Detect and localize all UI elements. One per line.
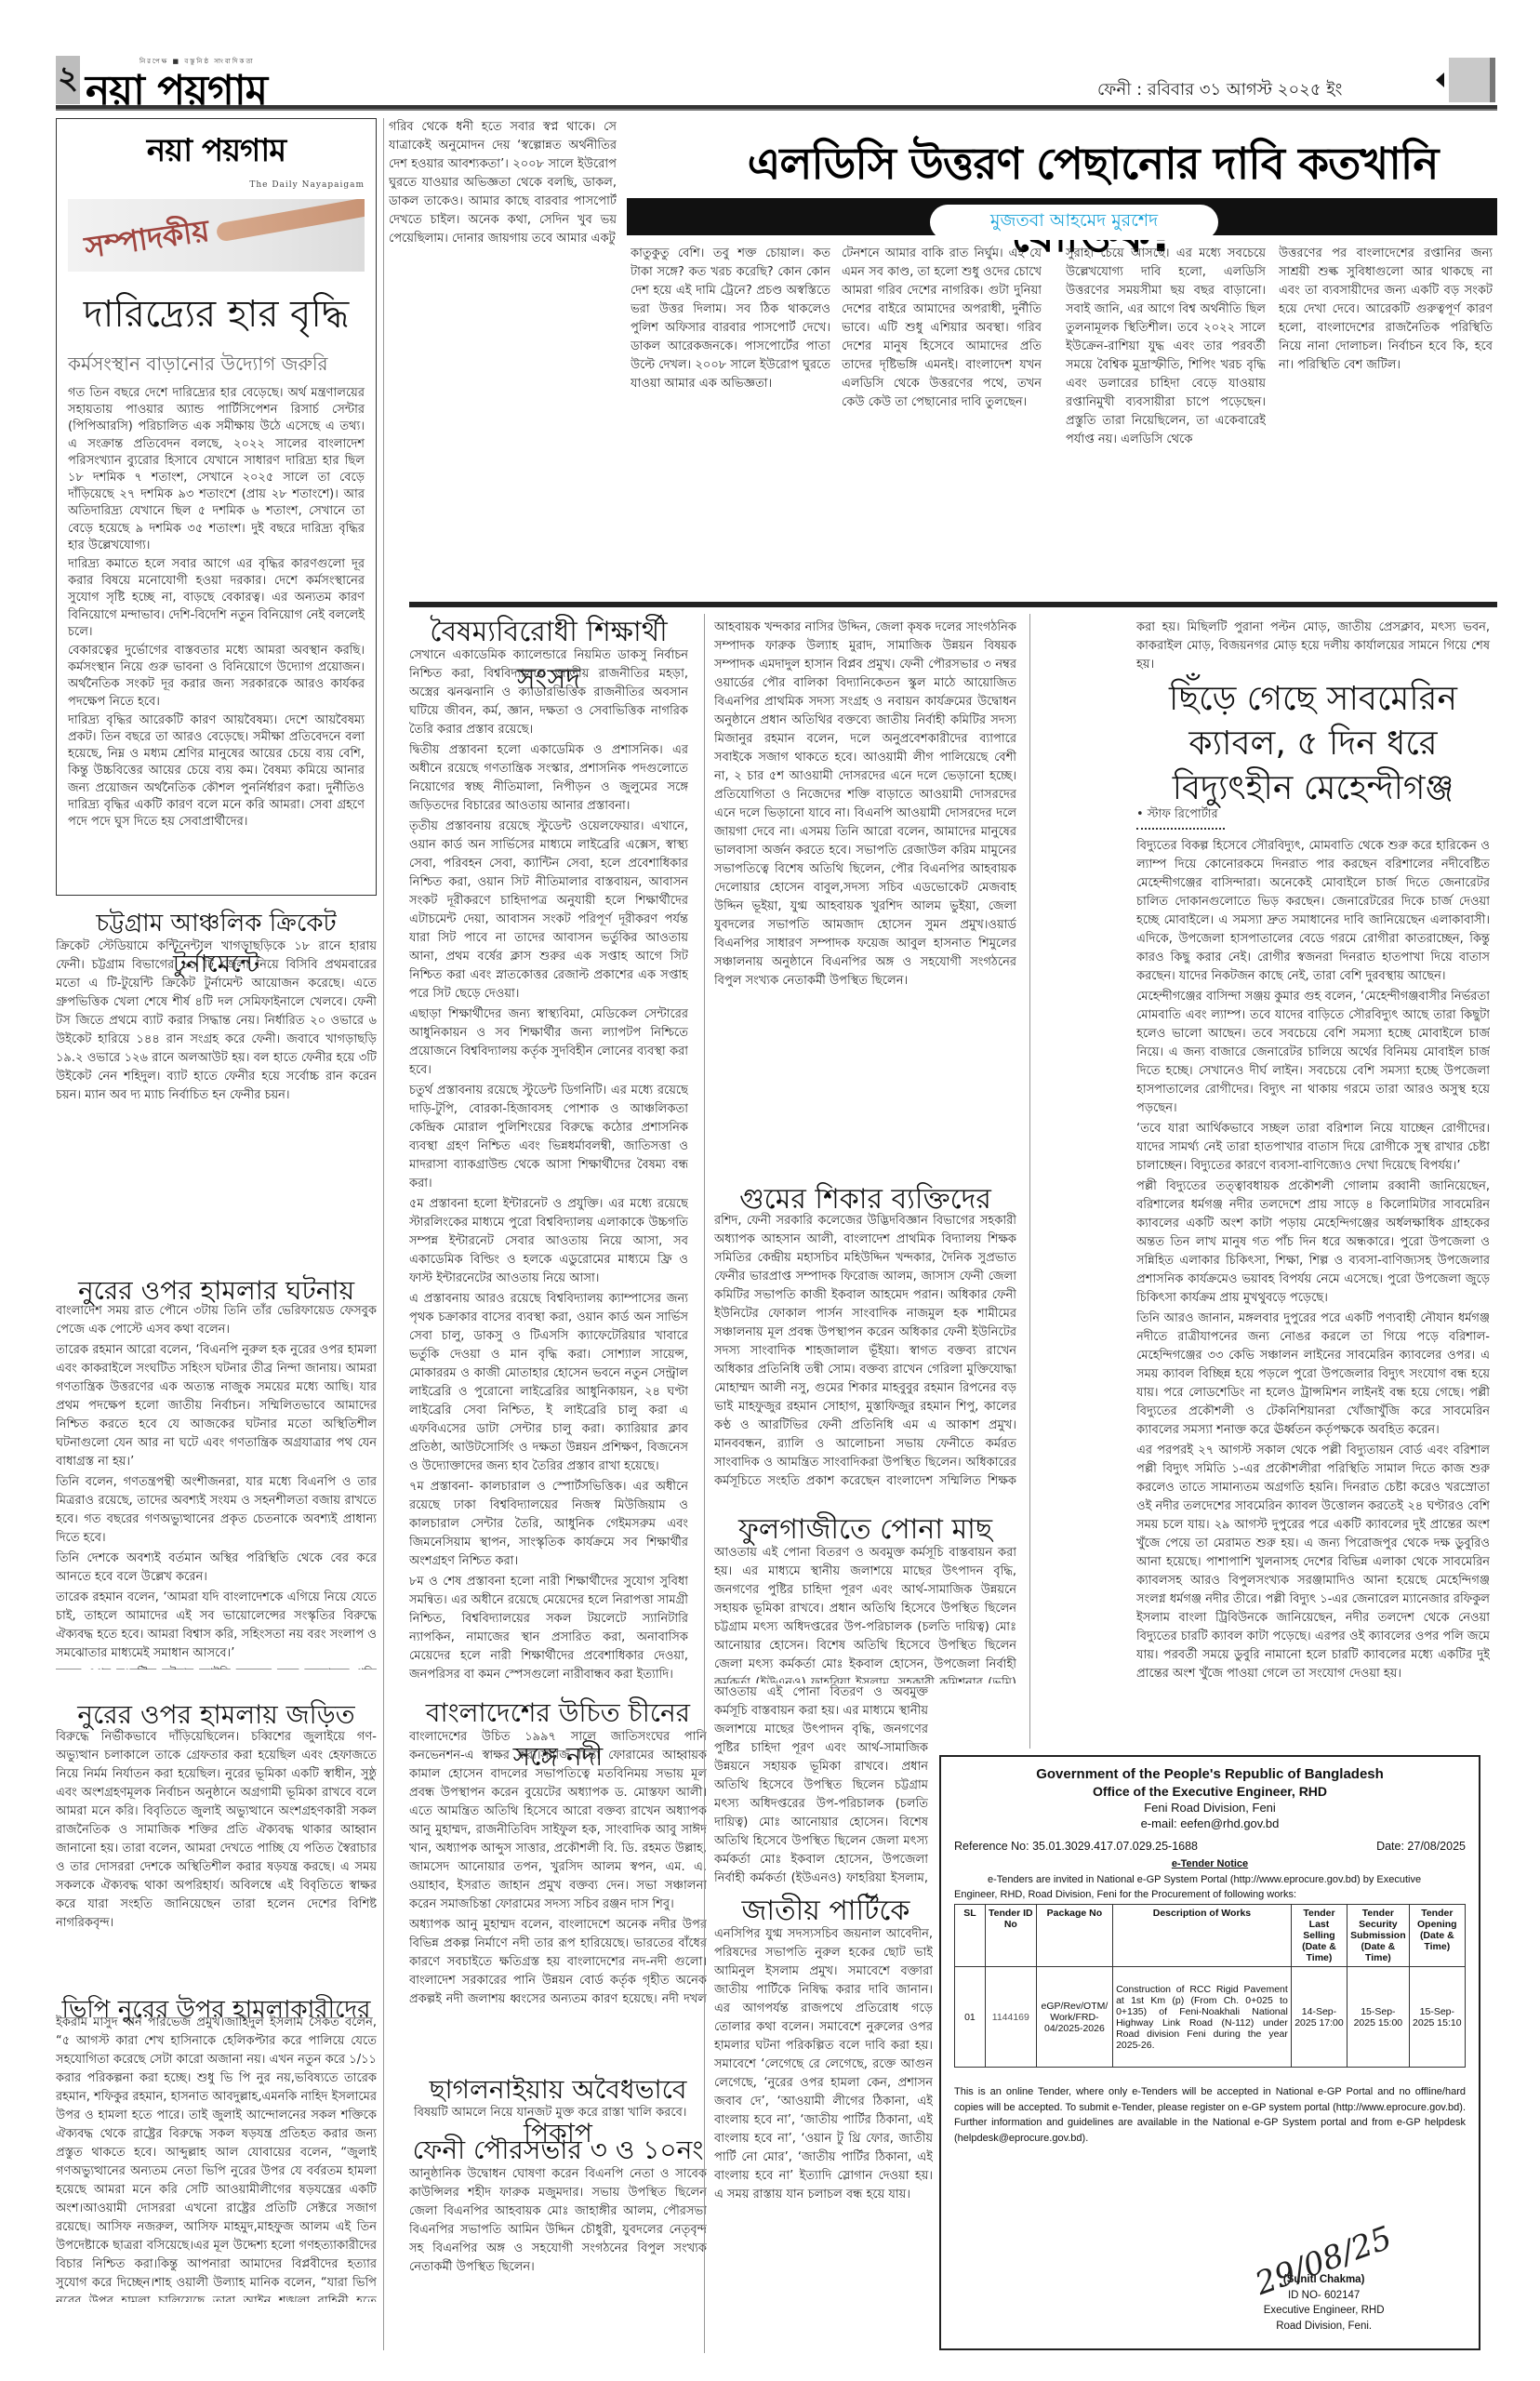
fish-body: আওতায় এই পোনা বিতরণ ও অবমুক্ত কর্মসূচি … (714, 1544, 1016, 1683)
paragraph: বিদ্যুতের বিকল্প হিসেবে সৌরবিদ্যুৎ, মোমব… (1136, 837, 1490, 986)
paragraph: বাংলাদেশ সময় রাত পৌনে ৩টায় তিনি তাঁর ভ… (56, 1302, 377, 1339)
lead-column-2: টেনশনে আমার বাকি রাত নির্ঘুম। এই যে এমন … (842, 245, 1042, 593)
cricket-body: ক্রিকেট স্টেডিয়ামে কন্টিনেন্টাল খাগড়াছ… (56, 938, 377, 1268)
paragraph: নুরের ওপর সংঘটিত ঘটনার আইনি তদন্তের জন্য… (56, 1665, 377, 1669)
page-nav-arrow-icon[interactable] (1449, 58, 1495, 102)
vp-nur-body: ইকরাম মাসুদ খান পারভেজ প্রমুখ।জাহিদুল ইস… (56, 2014, 377, 2302)
column-divider (383, 118, 384, 2350)
cell-security: 15-Sep- 2025 15:00 (1347, 1967, 1410, 2068)
nur-involved-body: বিরুদ্ধে নির্ভীকভাবে দাঁড়িয়েছিলেন। চব্… (56, 1728, 377, 1989)
col-header-package: Package No (1036, 1905, 1112, 1967)
submarine-intro: করা হয়। মিছিলটি পুরানা পল্টন মোড়, জাতী… (1136, 619, 1490, 674)
editorial-paragraph: দারিদ্র্য কমাতে হলে সবার আগে এর বৃদ্ধির … (68, 556, 365, 641)
nur-attack-body: বাংলাদেশ সময় রাত পৌনে ৩টায় তিনি তাঁর ভ… (56, 1302, 377, 1669)
gum-body: রশিদ, ফেনী সরকারি কলেজের উদ্ভিদবিজ্ঞান ব… (714, 1212, 1016, 1491)
col-header-opening: Tender Opening (Date & Time) (1409, 1905, 1465, 1967)
pourashava-body: আনুষ্ঠানিক উদ্বোধন ঘোষণা করেন বিএনপি নেত… (409, 2165, 707, 2351)
submarine-headline[interactable]: ছিঁড়ে গেছে সাবমেরিন ক্যাবল, ৫ দিন ধরে ব… (1136, 677, 1490, 811)
dotted-divider (1136, 826, 1225, 830)
cell-last-selling: 14-Sep- 2025 17:00 (1291, 1967, 1347, 2068)
lead-column-4: উত্তরণের পর বাংলাদেশের রপ্তানির জন্য সাশ… (1279, 245, 1493, 593)
tender-division: Feni Road Division, Feni (954, 1801, 1466, 1815)
pickup-body: বিষয়টি আমলে নিয়ে যানজট মুক্ত করে রাস্ত… (414, 2104, 711, 2122)
fish-body-continued: আওতায় এই পোনা বিতরণ ও অবমুক্ত কর্মসূচি … (714, 1683, 928, 1888)
paragraph: পল্লী বিদ্যুতের তত্ত্বাবধায়ক প্রকৌশলী গ… (1136, 1177, 1490, 1308)
bnp-program-body: আহবায়ক খন্দকার নাসির উদ্দিন, জেলা কৃষক … (714, 619, 1016, 1163)
editorial-box: নয়া পয়গাম The Daily Nayapaigam সম্পাদক… (56, 118, 377, 896)
paragraph: ৮ম ও শেষ প্রস্তাবনা হলো নারী শিক্ষার্থীদ… (409, 1573, 688, 1684)
col-header-security: Tender Security Submission (Date & Time) (1347, 1905, 1410, 1967)
paragraph: তিনি আরও জানান, মঙ্গলবার দুপুরের পরে একট… (1136, 1310, 1490, 1440)
col-header-tender-id: Tender ID No (985, 1905, 1036, 1967)
page-number: ২ (56, 56, 80, 104)
editorial-logo-english: The Daily Nayapaigam (68, 180, 365, 190)
column-divider (1029, 614, 1030, 1749)
signatory-title: Executive Engineer, RHD (1253, 2303, 1395, 2319)
tender-date: Date: 27/08/2025 (1376, 1840, 1466, 1853)
editorial-banner-image: সম্পাদকীয় (68, 199, 365, 272)
tender-table: SL Tender ID No Package No Description o… (954, 1904, 1466, 2068)
paragraph: তৃতীয় প্রস্তাবনায় রয়েছে স্টুডেন্ট ওয়… (409, 818, 688, 1004)
cell-package: eGP/Rev/OTM/ Work/FRD- 04/2025-2026 (1036, 1967, 1112, 2068)
tender-reference: Reference No: 35.01.3029.417.07.029.25-1… (954, 1840, 1198, 1853)
tender-notice: Government of the People's Republic of B… (939, 1755, 1480, 2350)
editorial-paragraph: দারিদ্র্য বৃদ্ধির আরেকটি কারণ আয়বৈষম্য।… (68, 712, 365, 831)
paragraph: দ্বিতীয় প্রস্তাবনা হলো একাডেমিক ও প্রশা… (409, 741, 688, 816)
tender-notice-title: e-Tender Notice (954, 1858, 1466, 1869)
editorial-subtitle: কর্মসংস্থান বাড়ানোর উদ্যোগ জরুরি (68, 351, 365, 381)
paragraph: তিনি বলেন, গণতন্ত্রপন্থী অংশীজনরা, যার ম… (56, 1473, 377, 1548)
reporter-credit: • স্টাফ রিপোর্টার (1136, 805, 1218, 825)
paragraph: ‘তবে যারা আর্থিকভাবে সচ্ছল তারা বরিশাল ন… (1136, 1120, 1490, 1176)
paragraph: তারেক রহমান বলেন, ‘আমরা যদি বাংলাদেশকে এ… (56, 1589, 377, 1663)
col-header-sl: SL (955, 1905, 986, 1967)
editorial-body: গত তিন বছরে দেশে দারিদ্র্যের হার বেড়েছে… (68, 385, 365, 831)
cell-tender-id: 1144169 (985, 1967, 1036, 2068)
editorial-paragraph: গত তিন বছরে দেশে দারিদ্র্যের হার বেড়েছে… (68, 385, 365, 554)
river-body: বাংলাদেশের উচিত ১৯৯৭ সালে জাতিসংঘের পানি… (409, 1728, 707, 2007)
editorial-logo: নয়া পয়গাম (68, 126, 365, 180)
paragraph: সেখানে একাডেমিক ক্যালেন্ডারে নিয়মিত ডাক… (409, 646, 688, 739)
cell-opening: 15-Sep- 2025 15:10 (1409, 1967, 1465, 2068)
paragraph: চতুর্থ প্রস্তাবনায় রয়েছে স্টুডেন্ট ডিগ… (409, 1082, 688, 1193)
paragraph: অধ্যাপক আনু মুহাম্মদ বলেন, বাংলাদেশে অনে… (409, 1916, 707, 2007)
section-rule (409, 602, 1497, 607)
paragraph: বাংলাদেশের উচিত ১৯৯৭ সালে জাতিসংঘের পানি… (409, 1728, 707, 1914)
editorial-banner-text: সম্পাদকীয় (82, 207, 213, 272)
table-row: 01 1144169 eGP/Rev/OTM/ Work/FRD- 04/202… (955, 1967, 1466, 2068)
paragraph: এর পরপরই ২৭ আগস্ট সকাল থেকে পল্লী বিদ্যু… (1136, 1442, 1490, 1683)
jatiya-party-body: এনসিপির যুগ্ম সদস্যসচিব জয়নাল আবেদীন, প… (714, 1925, 933, 2348)
paragraph: এছাড়া শিক্ষার্থীদের জন্য স্বাস্থ্যবিমা,… (409, 1005, 688, 1080)
paragraph: ৭ম প্রস্তাবনা- কালচারাল ও স্পোর্টসভিত্তি… (409, 1478, 688, 1571)
editorial-paragraph: বেকারত্বের দুর্ভোগের বাস্তবতার মধ্যে আমর… (68, 643, 365, 711)
editorial-title: দারিদ্র্যের হার বৃদ্ধি (68, 285, 365, 347)
paragraph: মেহেন্দীগঞ্জের বাসিন্দা সঞ্জয় কুমার গুহ… (1136, 988, 1490, 1118)
submarine-body: বিদ্যুতের বিকল্প হিসেবে সৌরবিদ্যুৎ, মোমব… (1136, 837, 1490, 1744)
lead-byline: মুজতবা আহমেদ মুরশেদ (930, 205, 1218, 240)
lead-column-1: কাতুকুতু বেশি। তবু শক্ত চোয়াল। কত টাকা … (631, 245, 830, 593)
lead-story-left-column: গরিব থেকে ধনী হতে সবার স্বপ্ন থাকে। সে য… (389, 118, 617, 588)
pen-hand-icon (216, 199, 365, 243)
column-divider (704, 614, 705, 2353)
cell-sl: 01 (955, 1967, 986, 2068)
lead-column-3: সুরাহা চেয়ে আসছে। এর মধ্যে সবচেয়ে উল্ল… (1066, 245, 1266, 593)
col-header-last-selling: Tender Last Selling (Date & Time) (1291, 1905, 1347, 1967)
paragraph: তিনি দেশকে অবশ্যই বর্তমান অস্থির পরিস্থি… (56, 1550, 377, 1587)
paragraph: ৫ম প্রস্তাবনা হলো ইন্টারনেট ও প্রযুক্তি।… (409, 1195, 688, 1288)
paragraph: তারেক রহমান আরো বলেন, ‘বিএনপি নুরুল হক ন… (56, 1341, 377, 1471)
tender-office: Office of the Executive Engineer, RHD (954, 1784, 1466, 1799)
cell-description: Construction of RCC Rigid Pavement at 1s… (1113, 1967, 1292, 2068)
signatory-office: Road Division, Feni. (1253, 2319, 1395, 2334)
date-line: ফেনী : রবিবার ৩১ আগস্ট ২০২৫ ইং (1097, 76, 1342, 105)
col-header-description: Description of Works (1113, 1905, 1292, 1967)
tender-gov-title: Government of the People's Republic of B… (954, 1766, 1466, 1782)
shiksharthi-body: সেখানে একাডেমিক ক্যালেন্ডারে নিয়মিত ডাক… (409, 646, 688, 1688)
signature-block: 29/08/25 (Sunitl Chakma) ID NO- 602147 E… (1253, 2254, 1395, 2334)
paragraph: এ প্রস্তাবনায় আরও রয়েছে বিশ্ববিদ্যালয়… (409, 1290, 688, 1476)
tender-intro: e-Tenders are invited in National e-GP S… (954, 1872, 1466, 1902)
masthead-rule (56, 105, 1497, 111)
tender-footer: This is an online Tender, where only e-T… (954, 2084, 1466, 2146)
tender-email[interactable]: e-mail: eefen@rhd.gov.bd (954, 1816, 1466, 1830)
